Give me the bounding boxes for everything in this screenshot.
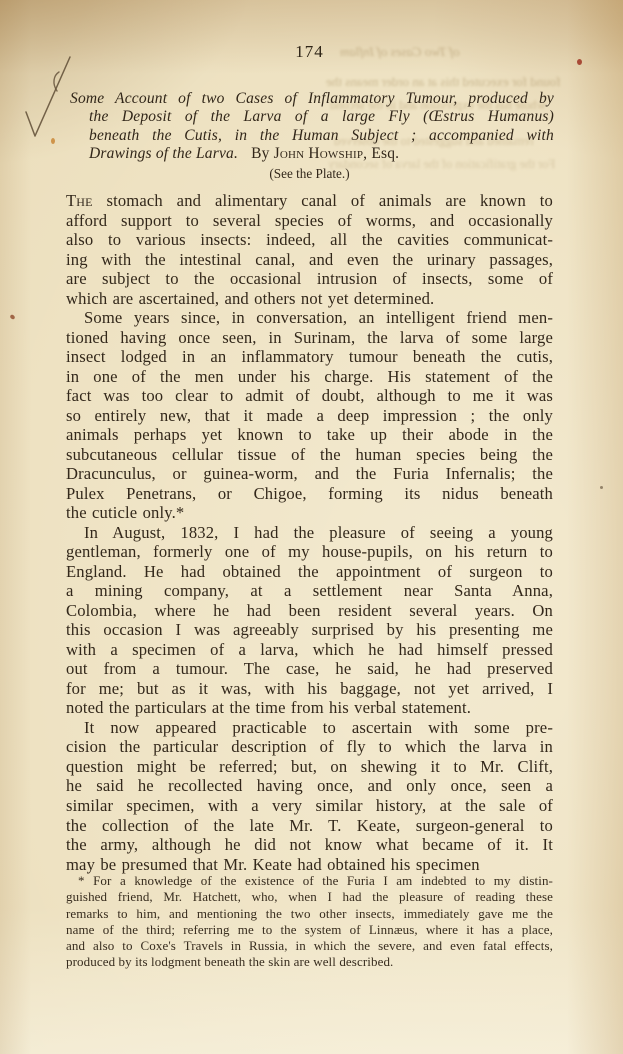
plate-note: (See the Plate.) — [66, 166, 553, 182]
title-line: Drawings of the Larva. — [89, 145, 238, 162]
paragraph-1-lines: afford support to several species of wor… — [66, 211, 553, 309]
body-line: a mining company, at a settlement near S… — [66, 581, 553, 601]
article-title: Some Account of two Cases of Inflammator… — [70, 90, 554, 164]
body-line: The stomach and alimentary canal of anim… — [66, 191, 553, 211]
body-line: Colombia, where he had been resident sev… — [66, 601, 553, 621]
body-line: question might be referred; but, on shew… — [66, 757, 553, 777]
body-line: ing with the intestinal canal, and even … — [66, 250, 553, 270]
body-line: gentleman, formerly one of my house-pupi… — [66, 542, 553, 562]
body-line: the cuticle only.* — [66, 503, 553, 523]
title-byline-line: Drawings of the Larva.By John Howship, E… — [70, 145, 554, 163]
body-line-text: stomach and alimentary canal of animals … — [93, 191, 553, 210]
page-number: 174 — [66, 42, 553, 62]
body-line: insect lodged in an inflammatory tumour … — [66, 347, 553, 367]
title-line: beneath the Cutis, in the Human Subject … — [70, 127, 554, 145]
body-line: noted the particulars at the time from h… — [66, 698, 553, 718]
author-name: John Howship — [274, 145, 364, 162]
footnote: * For a knowledge of the existence of th… — [66, 873, 553, 971]
paragraph-3: In August, 1832, I had the pleasure of s… — [66, 523, 553, 718]
footnote-line: guished friend, Mr. Hatchett, who, when … — [66, 889, 553, 905]
body-line: in one of the men under his charge. His … — [66, 367, 553, 387]
lead-word: The — [66, 191, 93, 210]
body-line: Pulex Penetrans, or Chigoe, forming its … — [66, 484, 553, 504]
body-line: Some years since, in conversation, an in… — [66, 308, 553, 328]
body-line: England. He had obtained the appointment… — [66, 562, 553, 582]
paragraph-2: Some years since, in conversation, an in… — [66, 308, 553, 523]
footnote-line: name of the third; referring me to the s… — [66, 922, 553, 938]
body-line: may be presumed that Mr. Keate had obtai… — [66, 855, 553, 875]
footnote-line: and also to Coxe's Travels in Russia, in… — [66, 938, 553, 954]
red-ink-speck — [577, 59, 582, 65]
bleedthrough-text: found for executed this at an order mean… — [326, 74, 561, 90]
title-line: Some Account of two Cases of Inflammator… — [70, 90, 554, 108]
body-line: which are ascertained, and others not ye… — [66, 289, 553, 309]
body-line: animals perhaps yet known to take up the… — [66, 425, 553, 445]
scanned-journal-page: of Two Cases of Inflam found for execute… — [0, 0, 623, 1054]
title-line: the Deposit of the Larva of a large Fly … — [70, 108, 554, 126]
body-line: are subject to the occasional intrusion … — [66, 269, 553, 289]
body-line: subcutaneous cellular tissue of the huma… — [66, 445, 553, 465]
body-line: with a specimen of a larva, which he had… — [66, 640, 553, 660]
paragraph-1: The stomach and alimentary canal of anim… — [66, 191, 553, 308]
body-line: the collection of the late Mr. T. Keate,… — [66, 816, 553, 836]
byline: By John Howship, Esq. — [251, 145, 399, 162]
foxing-speck — [51, 138, 55, 144]
body-line: out from a tumour. The case, he said, he… — [66, 659, 553, 679]
article-body: The stomach and alimentary canal of anim… — [66, 191, 553, 874]
body-line: for me; but as it was, with his baggage,… — [66, 679, 553, 699]
ink-speck — [600, 486, 603, 489]
footnote-line: * For a knowledge of the existence of th… — [66, 873, 553, 889]
body-line: similar specimen, with a very similar hi… — [66, 796, 553, 816]
body-line: It now appeared practicable to ascertain… — [66, 718, 553, 738]
body-line: the army, although he did not know what … — [66, 835, 553, 855]
body-line: Dracunculus, or guinea-worm, and the Fur… — [66, 464, 553, 484]
author-suffix: , Esq. — [363, 145, 399, 162]
body-line: afford support to several species of wor… — [66, 211, 553, 231]
body-line: tioned having once seen, in Surinam, the… — [66, 328, 553, 348]
body-line: also to various insects: indeed, all the… — [66, 230, 553, 250]
body-line: he said he recollected having once, and … — [66, 776, 553, 796]
byline-prefix: By — [251, 145, 274, 162]
footnote-line: remarks to him, and mentioning the two o… — [66, 906, 553, 922]
body-line: In August, 1832, I had the pleasure of s… — [66, 523, 553, 543]
body-line: cision the particular description of fly… — [66, 737, 553, 757]
red-ink-speck — [9, 314, 15, 320]
body-line: so entirely new, that it made a deep imp… — [66, 406, 553, 426]
body-line: fact was too clear to admit of doubt, al… — [66, 386, 553, 406]
paragraph-4: It now appeared practicable to ascertain… — [66, 718, 553, 874]
body-line: this occasion I was agreeably surprised … — [66, 620, 553, 640]
footnote-line: produced by its lodgment beneath the ski… — [66, 954, 553, 970]
